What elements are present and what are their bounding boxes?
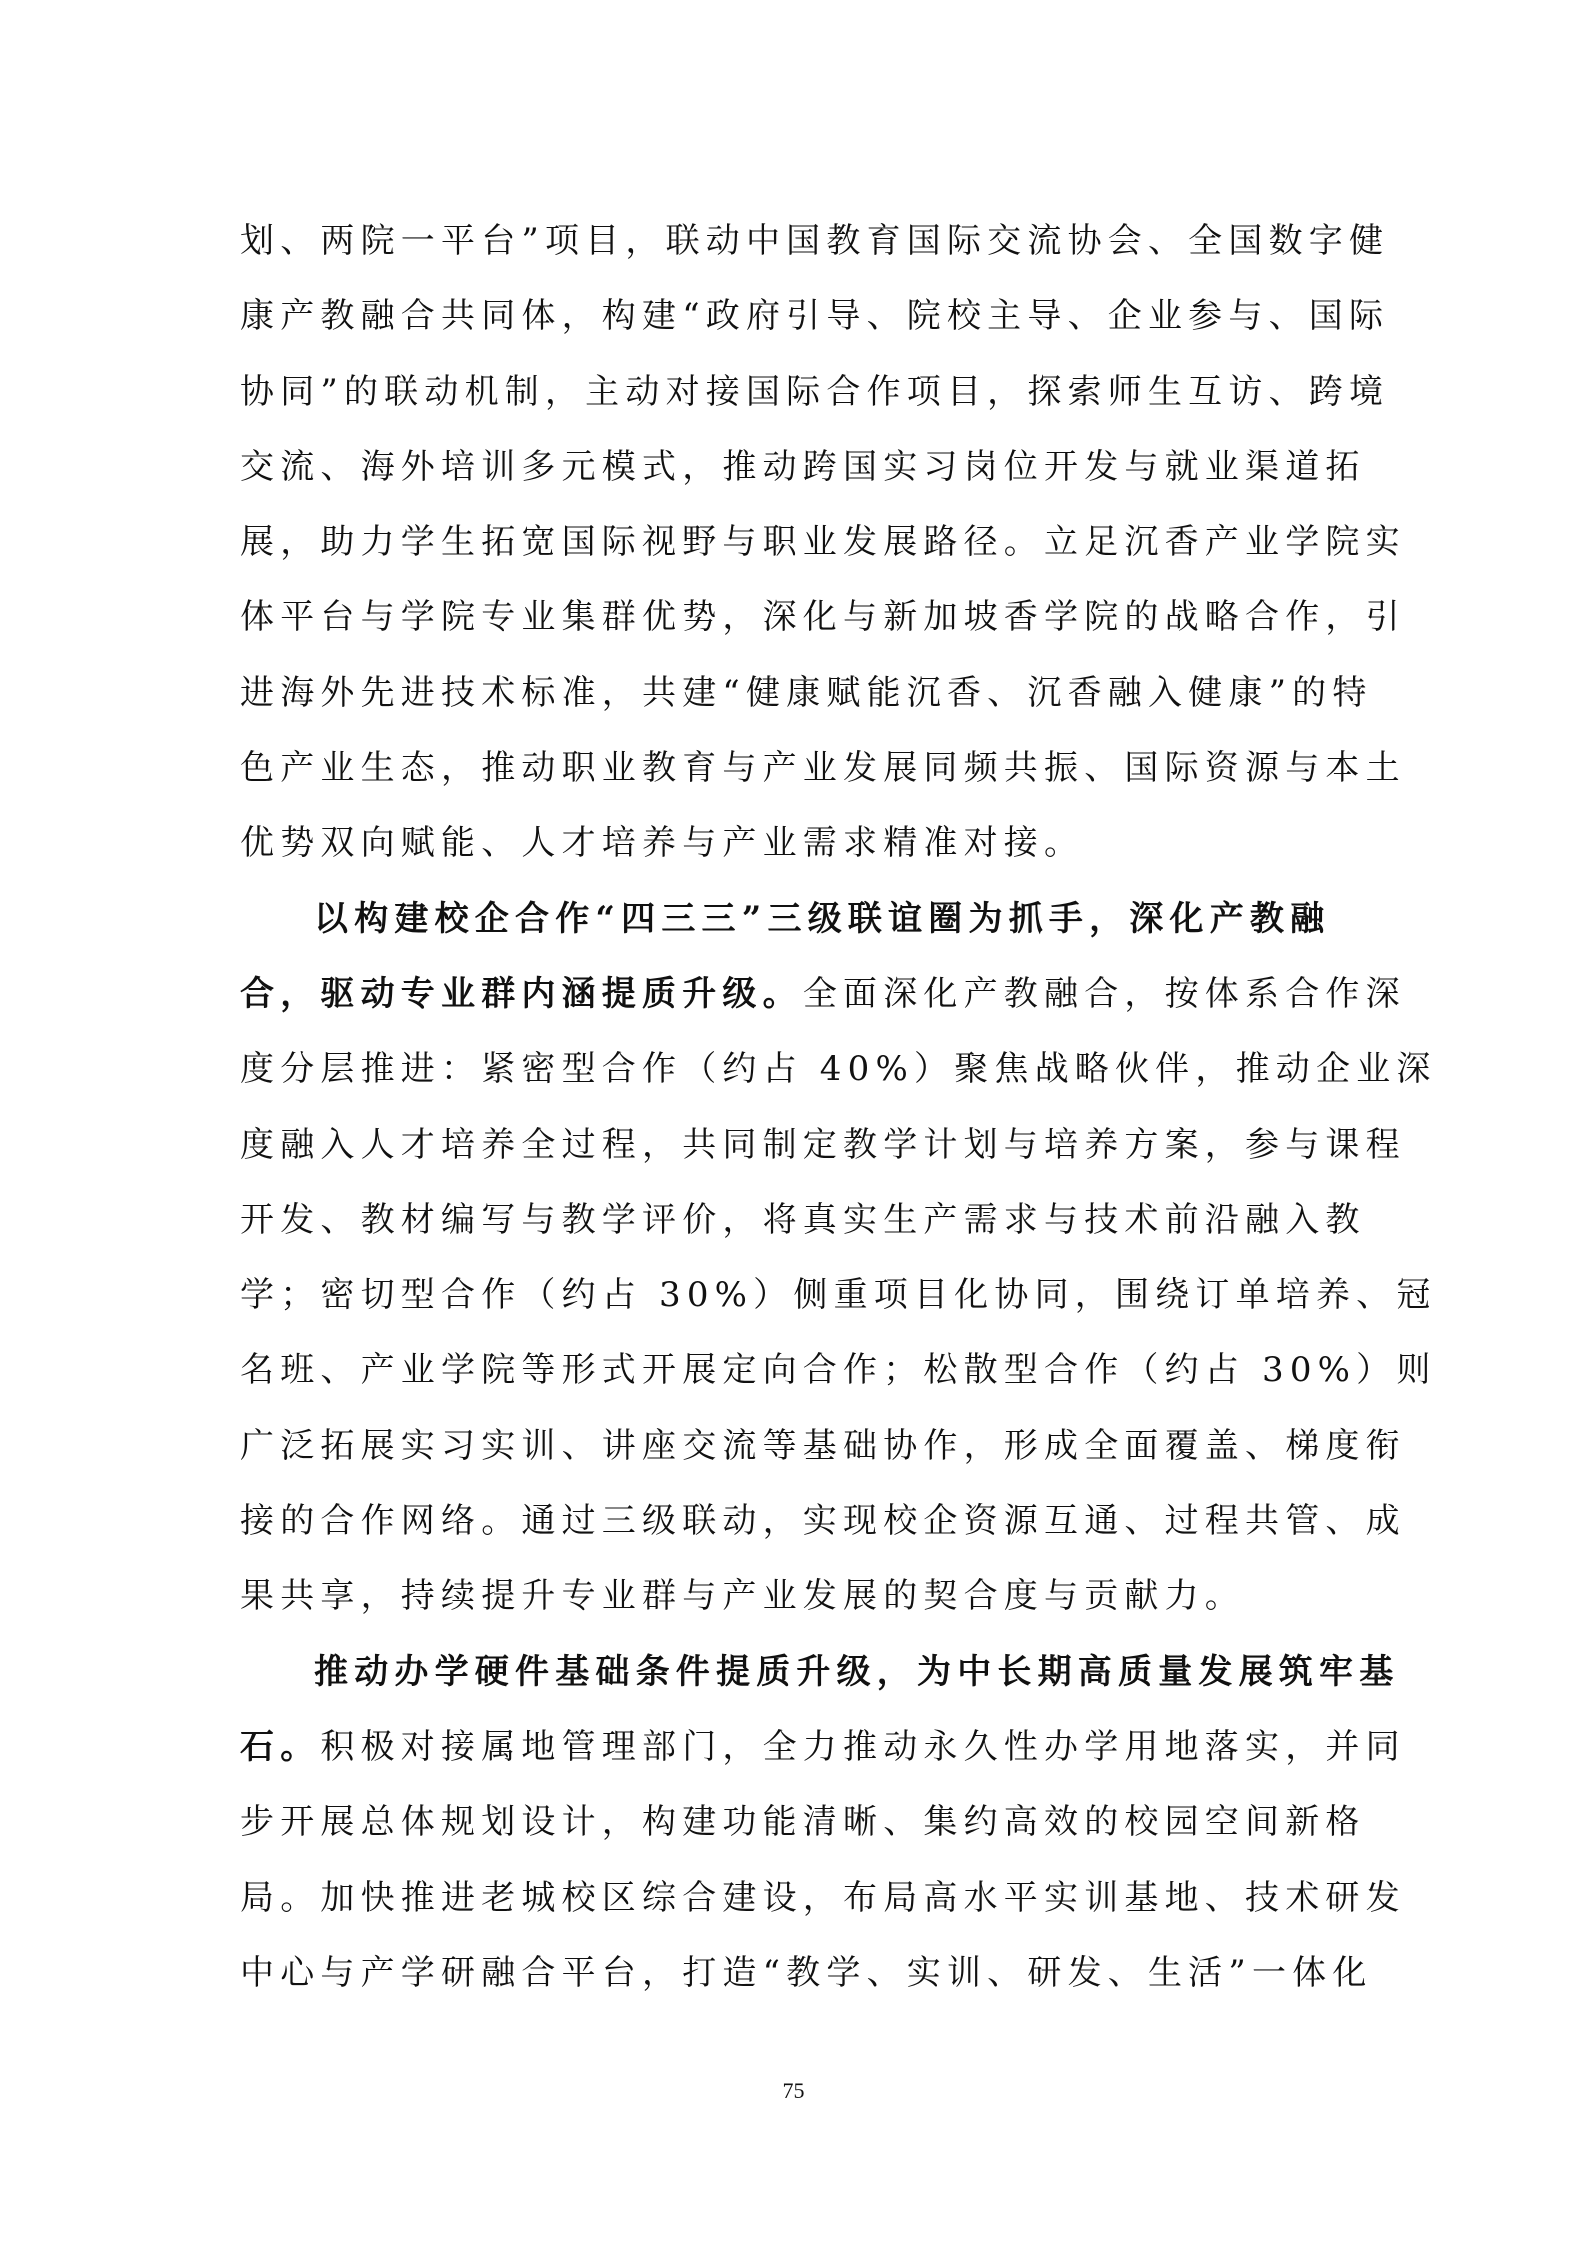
text-run: 中心与产学研融合平台，打造“教学、实训、研发、生活”一体化 xyxy=(240,1953,1373,1993)
document-page: 划、两院一平台”项目，联动中国教育国际交流协会、全国数字健 康产教融合共同体，构… xyxy=(0,0,1587,2245)
text-run: 进海外先进技术标准，共建“健康赋能沉香、沉香融入健康”的特 xyxy=(240,673,1373,713)
text-run: 接的合作网络。通过三级联动，实现校企资源互通、过程共管、成 xyxy=(240,1501,1406,1541)
text-line: 中心与产学研融合平台，打造“教学、实训、研发、生活”一体化 xyxy=(240,1936,1360,2011)
text-line: 合，驱动专业群内涵提质升级。全面深化产教融合，按体系合作深 xyxy=(240,957,1360,1032)
text-run: 开发、教材编写与教学评价，将真实生产需求与技术前沿融入教 xyxy=(240,1200,1366,1240)
text-line: 学；密切型合作（约占 30%）侧重项目化协同，围绕订单培养、冠 xyxy=(240,1258,1360,1333)
text-run: 果共享，持续提升专业群与产业发展的契合度与贡献力。 xyxy=(240,1576,1245,1616)
text-run: 交流、海外培训多元模式，推动跨国实习岗位开发与就业渠道拓 xyxy=(240,447,1366,487)
paragraph-infrastructure-upgrade: 推动办学硬件基础条件提质升级，为中长期高质量发展筑牢基 石。积极对接属地管理部门… xyxy=(240,1635,1360,2011)
text-run: 展，助力学生拓宽国际视野与职业发展路径。立足沉香产业学院实 xyxy=(240,522,1406,562)
text-run: 全面深化产教融合，按体系合作深 xyxy=(803,974,1406,1014)
text-line: 石。积极对接属地管理部门，全力推动永久性办学用地落实，并同 xyxy=(240,1710,1360,1785)
page-number: 75 xyxy=(0,2078,1587,2104)
text-line: 度分层推进：紧密型合作（约占 40%）聚焦战略伙伴，推动企业深 xyxy=(240,1032,1360,1107)
text-line: 体平台与学院专业集群优势，深化与新加坡香学院的战略合作，引 xyxy=(240,580,1360,655)
text-line: 广泛拓展实习实训、讲座交流等基础协作，形成全面覆盖、梯度衔 xyxy=(240,1409,1360,1484)
text-run: 划、两院一平台”项目，联动中国教育国际交流协会、全国数字健 xyxy=(240,221,1389,261)
text-line: 步开展总体规划设计，构建功能清晰、集约高效的校园空间新格 xyxy=(240,1785,1360,1860)
text-run: 协同”的联动机制，主动对接国际合作项目，探索师生互访、跨境 xyxy=(240,372,1389,412)
text-run: 广泛拓展实习实训、讲座交流等基础协作，形成全面覆盖、梯度衔 xyxy=(240,1426,1406,1466)
text-line: 以构建校企合作“四三三”三级联谊圈为抓手，深化产教融 xyxy=(240,882,1360,957)
text-run: 色产业生态，推动职业教育与产业发展同频共振、国际资源与本土 xyxy=(240,748,1406,788)
paragraph-heading: 石。 xyxy=(240,1727,320,1767)
text-run: 度融入人才培养全过程，共同制定教学计划与培养方案，参与课程 xyxy=(240,1125,1406,1165)
text-line: 接的合作网络。通过三级联动，实现校企资源互通、过程共管、成 xyxy=(240,1484,1360,1559)
paragraph-heading: 推动办学硬件基础条件提质升级，为中长期高质量发展筑牢基 xyxy=(314,1652,1399,1692)
text-line: 协同”的联动机制，主动对接国际合作项目，探索师生互访、跨境 xyxy=(240,355,1360,430)
text-run: 学；密切型合作（约占 30%）侧重项目化协同，围绕订单培养、冠 xyxy=(240,1275,1437,1315)
text-line: 优势双向赋能、人才培养与产业需求精准对接。 xyxy=(240,806,1360,881)
text-run: 体平台与学院专业集群优势，深化与新加坡香学院的战略合作，引 xyxy=(240,597,1406,637)
text-line: 推动办学硬件基础条件提质升级，为中长期高质量发展筑牢基 xyxy=(240,1635,1360,1710)
text-run: 康产教融合共同体，构建“政府引导、院校主导、企业参与、国际 xyxy=(240,296,1389,336)
text-line: 交流、海外培训多元模式，推动跨国实习岗位开发与就业渠道拓 xyxy=(240,430,1360,505)
paragraph-international-cooperation: 划、两院一平台”项目，联动中国教育国际交流协会、全国数字健 康产教融合共同体，构… xyxy=(240,204,1360,882)
text-line: 度融入人才培养全过程，共同制定教学计划与培养方案，参与课程 xyxy=(240,1108,1360,1183)
text-line: 开发、教材编写与教学评价，将真实生产需求与技术前沿融入教 xyxy=(240,1183,1360,1258)
paragraph-school-enterprise-cooperation: 以构建校企合作“四三三”三级联谊圈为抓手，深化产教融 合，驱动专业群内涵提质升级… xyxy=(240,882,1360,1635)
text-line: 名班、产业学院等形式开展定向合作；松散型合作（约占 30%）则 xyxy=(240,1333,1360,1408)
text-run: 局。加快推进老城校区综合建设，布局高水平实训基地、技术研发 xyxy=(240,1878,1406,1918)
text-line: 色产业生态，推动职业教育与产业发展同频共振、国际资源与本土 xyxy=(240,731,1360,806)
paragraph-heading: 以构建校企合作“四三三”三级联谊圈为抓手，深化产教融 xyxy=(314,899,1330,939)
text-line: 康产教融合共同体，构建“政府引导、院校主导、企业参与、国际 xyxy=(240,279,1360,354)
text-run: 积极对接属地管理部门，全力推动永久性办学用地落实，并同 xyxy=(320,1727,1405,1767)
text-line: 果共享，持续提升专业群与产业发展的契合度与贡献力。 xyxy=(240,1559,1360,1634)
paragraph-heading: 合，驱动专业群内涵提质升级。 xyxy=(240,974,803,1014)
text-run: 步开展总体规划设计，构建功能清晰、集约高效的校园空间新格 xyxy=(240,1802,1366,1842)
text-line: 展，助力学生拓宽国际视野与职业发展路径。立足沉香产业学院实 xyxy=(240,505,1360,580)
text-line: 局。加快推进老城校区综合建设，布局高水平实训基地、技术研发 xyxy=(240,1861,1360,1936)
text-run: 名班、产业学院等形式开展定向合作；松散型合作（约占 30%）则 xyxy=(240,1350,1437,1390)
text-run: 优势双向赋能、人才培养与产业需求精准对接。 xyxy=(240,823,1084,863)
text-run: 度分层推进：紧密型合作（约占 40%）聚焦战略伙伴，推动企业深 xyxy=(240,1049,1437,1089)
text-line: 进海外先进技术标准，共建“健康赋能沉香、沉香融入健康”的特 xyxy=(240,656,1360,731)
body-text: 划、两院一平台”项目，联动中国教育国际交流协会、全国数字健 康产教融合共同体，构… xyxy=(240,204,1360,2011)
text-line: 划、两院一平台”项目，联动中国教育国际交流协会、全国数字健 xyxy=(240,204,1360,279)
